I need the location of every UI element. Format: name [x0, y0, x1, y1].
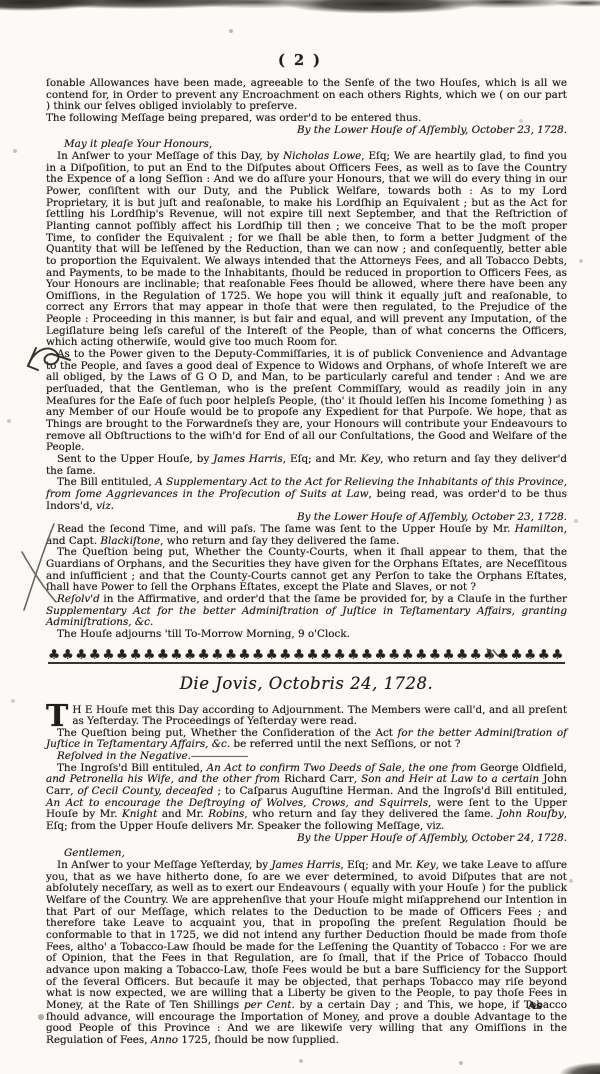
text-run: and Mr. [157, 808, 208, 820]
paragraph-resolved-affirmative: Reſolv'd in the Affirmative, and order'd… [46, 594, 567, 629]
paragraph-house-adjourns: The Houſe adjourns 'till To-Morrow Morni… [46, 629, 567, 641]
text-run: Robins [208, 808, 244, 820]
text-run: Die Jovis, Octobris 24, 1728. [180, 674, 434, 693]
text-run: , Eſq; and Mr. [340, 859, 416, 871]
text-run: 1725, ſhould be now ſupplied. [178, 1034, 339, 1046]
text-run: ; to Caſparus Auguſtine Herman. And the … [217, 785, 567, 797]
text-run: The Ingroſs'd Bill entituled, [57, 762, 207, 774]
text-run: Reſolv'd [57, 593, 100, 605]
text-run: Key [361, 453, 381, 465]
text-run: , who return and ſay they delivered the … [244, 808, 498, 820]
text-run: Read the ſecond Time, and will paſs. The… [57, 523, 515, 535]
text-run: In Anſwer to your Meſſage of this Day, b… [57, 150, 283, 162]
text-run: Knight [122, 808, 157, 820]
text-run: The Queſtion being put, Whether the Conſ… [57, 727, 398, 739]
text-block: ſonable Allowances have been made, agree… [46, 78, 567, 1047]
text-run: Blackiſtone [100, 535, 160, 547]
paragraph-ingrossed-bills: The Ingroſs'd Bill entituled, An Act to … [46, 763, 567, 833]
paragraph-question-county-courts: The Queſtion being put, Whether the Coun… [46, 547, 567, 594]
text-run: Hamilton [515, 523, 564, 535]
page-number: ( 2 ) [0, 52, 600, 69]
text-run: The following Meſſage being prepared, wa… [46, 112, 421, 124]
text-run: James Harris [213, 453, 283, 465]
byline-upper-house-oct24: By the Upper Houſe of Aſſembly, October … [46, 833, 567, 845]
text-run: As to the Power given to the Deputy-Comm… [46, 348, 567, 453]
text-run: Reſolved in the Negative. [57, 750, 191, 762]
text-run: ſonable Allowances have been made, agree… [46, 77, 567, 112]
paragraph-bill-supplementary: The Bill entituled, A Supplementary Act … [46, 477, 567, 512]
text-run: be referred until the next Seſſions, or … [230, 738, 460, 750]
text-run: viz. [96, 500, 114, 512]
text-run: May it pleaſe Your Honours, [64, 138, 212, 150]
text-run: The Queſtion being put, Whether the Coun… [46, 546, 567, 593]
text-run: per Cent. [244, 999, 295, 1011]
text-run: , Son and Heir at Law to a certain [354, 773, 543, 785]
text-run: , we take Leave to aſſure you, that as w… [46, 859, 567, 1011]
text-run: Sent to the Upper Houſe, by [57, 453, 213, 465]
paragraph-answer-lowe: In Anſwer to your Meſſage of this Day, b… [46, 151, 567, 349]
catchword: As [500, 1000, 570, 1012]
text-run: An Act to encourage the Deſtroying of Wo… [46, 797, 428, 809]
paragraph-deputy-commissaries: As to the Power given to the Deputy-Comm… [46, 349, 567, 454]
text-run: The Bill entituled, [57, 476, 155, 488]
heading-die-jovis: Die Jovis, Octobris 24, 1728. [46, 674, 567, 694]
byline-lower-house-oct23: By the Lower Houſe of Aſſembly, October … [46, 125, 567, 137]
text-run: Gentlemen, [64, 847, 125, 859]
text-run: , of Cecil County, deceaſed [70, 785, 217, 797]
text-run: An Act to confirm Two Deeds of Sale, the… [207, 762, 480, 774]
text-run: By the Lower Houſe of Aſſembly, October … [297, 124, 567, 136]
text-run: , Eſq; We are heartily glad, to find you… [46, 150, 567, 349]
paragraph-allowances: ſonable Allowances have been made, agree… [46, 78, 567, 113]
text-run: , who return and ſay they delivered the … [160, 535, 399, 547]
paragraph-sent-upper-house: Sent to the Upper Houſe, by James Harris… [46, 454, 567, 477]
drop-cap-letter: T [46, 705, 72, 728]
paragraph-answer-harris-key: In Anſwer to your Meſſage Yeſterday, by … [46, 860, 567, 1047]
text-run: in the Affirmative, and order'd that the… [100, 593, 567, 605]
text-run: Key [416, 859, 436, 871]
text-run: H E Houſe met this Day according to Adjo… [72, 704, 567, 728]
paragraph-read-second-time: Read the ſecond Time, and will paſs. The… [46, 524, 567, 547]
text-run: Supplementary Act for the better Adminiſ… [46, 605, 567, 629]
paragraph-question-consideration: The Queſtion being put, Whether the Conſ… [46, 728, 567, 751]
text-run: The Houſe adjourns 'till To-Morrow Morni… [57, 628, 350, 640]
text-run: James Harris [272, 859, 341, 871]
text-run: Nicholas Lowe [283, 150, 361, 162]
text-run: George Oldfield [480, 762, 564, 774]
paragraph-house-met: TH E Houſe met this Day according to Adj… [46, 705, 567, 728]
text-run: In Anſwer to your Meſſage Yeſterday, by [57, 859, 272, 871]
text-run: By the Lower Houſe of Aſſembly, October … [297, 511, 567, 523]
text-run: John Rouſby [498, 808, 564, 820]
text-run: By the Upper Houſe of Aſſembly, October … [297, 832, 567, 844]
scanned-document-page: ( 2 ) ſonable Allowances have been made,… [0, 0, 600, 1074]
text-run: —————— [191, 750, 247, 762]
scan-noise-top-edge [0, 0, 600, 20]
scan-speckles [0, 0, 2, 2]
scan-corner-wedge [554, 1056, 600, 1074]
text-run: Richard Carr [284, 773, 354, 785]
ornament-band: ♣♣♣♣♣♣♣♣♣♣♣♣♣♣♣♣♣♣♣♣♣♣♣♣♣♣♣♣♣♣♣♣♣♣♣♣♣♣♣♣… [48, 649, 565, 664]
text-run: , Eſq; and Mr. [283, 453, 361, 465]
text-run: Anno [151, 1034, 178, 1046]
